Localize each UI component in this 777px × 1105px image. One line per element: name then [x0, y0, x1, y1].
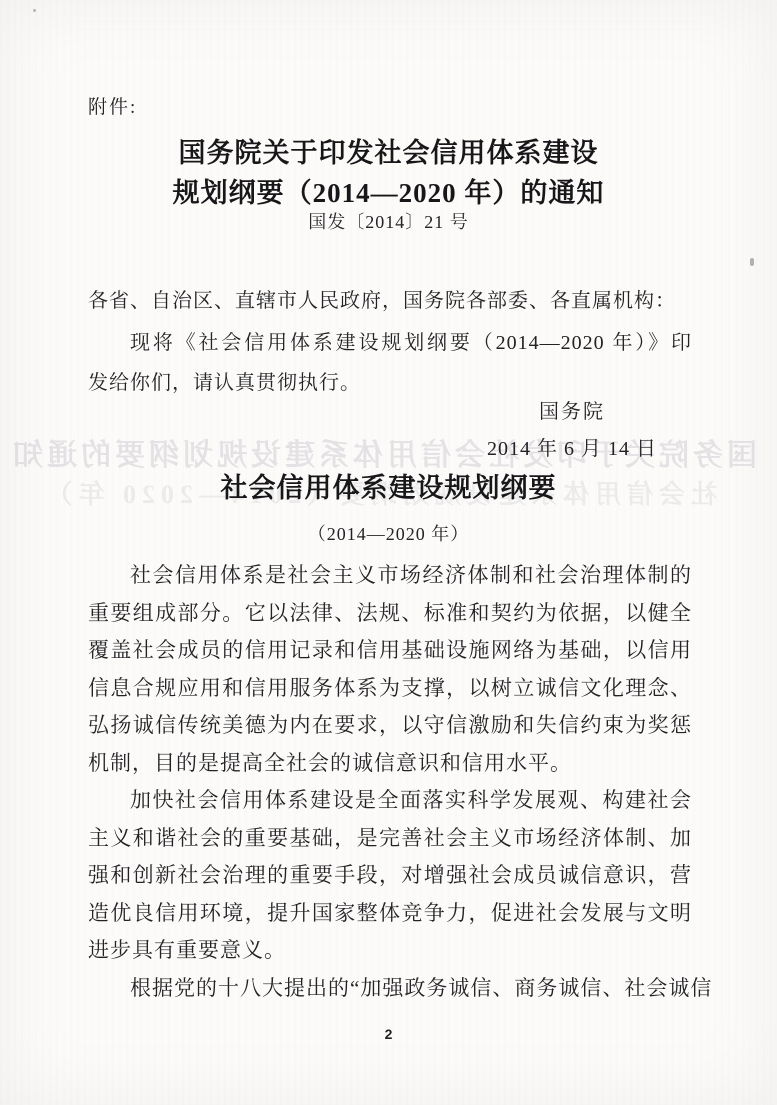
page-number: 2 — [0, 1026, 777, 1042]
paragraph-line: 造优良信用环境，提升国家整体竞争力，促进社会发展与文明 — [88, 895, 692, 933]
paragraph-line: 根据党的十八大提出的“加强政务诚信、商务诚信、社会诚信 — [88, 970, 692, 1008]
signature-block: 国务院 2014 年 6 月 14 日 — [487, 398, 657, 463]
signer-name: 国务院 — [487, 398, 657, 426]
outline-paragraph-1: 社会信用体系是社会主义市场经济体制和社会治理体制的 重要组成部分。它以法律、法规… — [88, 557, 692, 782]
sign-date: 2014 年 6 月 14 日 — [487, 435, 657, 463]
attachment-label: 附件: — [88, 92, 137, 119]
outline-paragraph-2: 加快社会信用体系建设是全面落实科学发展观、构建社会 主义和谐社会的重要基础，是完… — [88, 782, 692, 970]
document-content: 附件: 国务院关于印发社会信用体系建设 规划纲要（2014—2020 年）的通知… — [0, 0, 777, 1105]
paragraph-line: 主义和谐社会的重要基础，是完善社会主义市场经济体制、加 — [88, 820, 692, 858]
paragraph-line: 进步具有重要意义。 — [88, 932, 692, 970]
scanned-page: { "page_number": "2", "attachment_label"… — [0, 0, 777, 1105]
outline-subtitle: （2014—2020 年） — [0, 520, 777, 546]
notice-body-line: 发给你们，请认真贯彻执行。 — [88, 368, 692, 398]
paragraph-line: 社会信用体系是社会主义市场经济体制和社会治理体制的 — [88, 557, 692, 595]
paragraph-line: 信息合规应用和信用服务体系为支撑，以树立诚信文化理念、 — [88, 670, 692, 708]
notice-title-line-2: 规划纲要（2014—2020 年）的通知 — [0, 171, 777, 210]
paragraph-line: 机制，目的是提高全社会的诚信意识和信用水平。 — [88, 745, 692, 783]
paragraph-line: 弘扬诚信传统美德为内在要求，以守信激励和失信约束为奖惩 — [88, 707, 692, 745]
salutation: 各省、自治区、直辖市人民政府，国务院各部委、各直属机构： — [88, 287, 697, 315]
notice-body-line: 现将《社会信用体系建设规划纲要（2014—2020 年）》印 — [88, 328, 692, 358]
notice-title-line-1: 国务院关于印发社会信用体系建设 — [0, 131, 777, 170]
outline-paragraph-3: 根据党的十八大提出的“加强政务诚信、商务诚信、社会诚信 — [88, 970, 692, 1008]
outline-body: 社会信用体系是社会主义市场经济体制和社会治理体制的 重要组成部分。它以法律、法规… — [88, 557, 692, 1007]
paragraph-line: 加快社会信用体系建设是全面落实科学发展观、构建社会 — [88, 782, 692, 820]
paragraph-line: 覆盖社会成员的信用记录和信用基础设施网络为基础，以信用 — [88, 632, 692, 670]
paragraph-line: 强和创新社会治理的重要手段，对增强社会成员诚信意识，营 — [88, 857, 692, 895]
outline-title: 社会信用体系建设规划纲要 — [0, 466, 777, 505]
paragraph-line: 重要组成部分。它以法律、法规、标准和契约为依据，以健全 — [88, 595, 692, 633]
doc-number: 国发〔2014〕21 号 — [0, 208, 777, 234]
